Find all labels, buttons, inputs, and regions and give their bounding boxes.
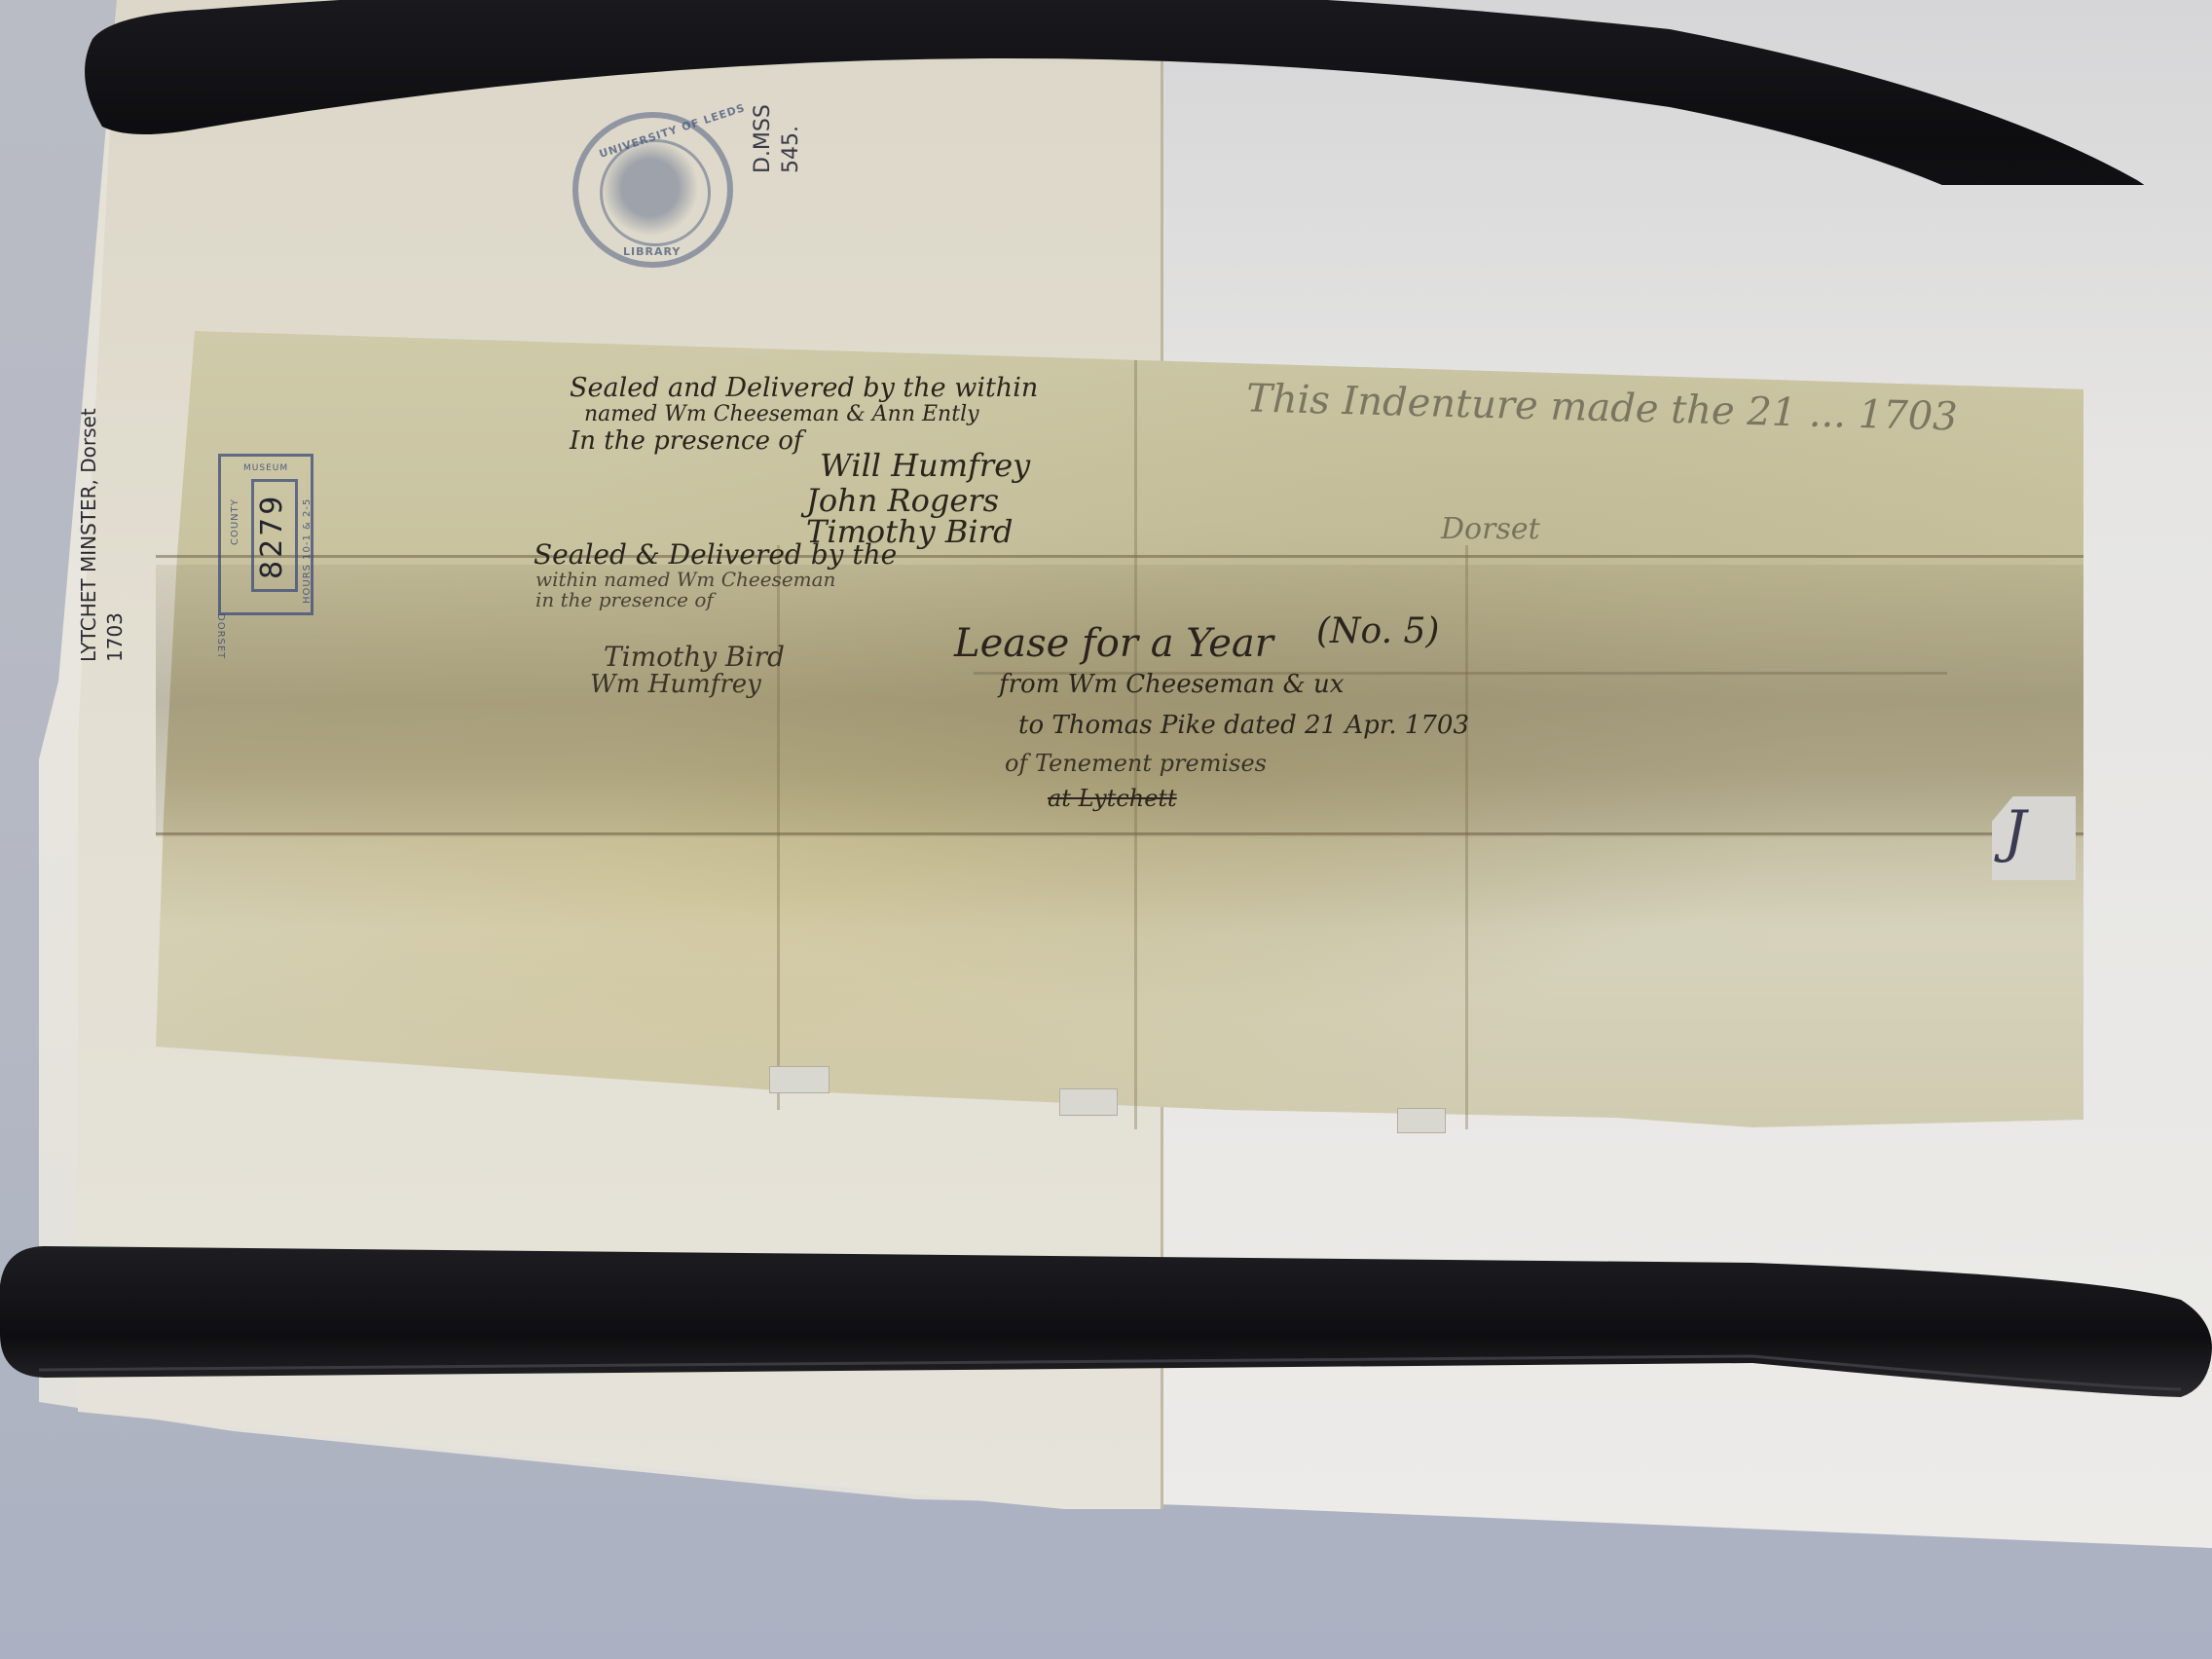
museum-number: 8279: [255, 494, 289, 579]
endorsement-line4: of Tenement premises: [1005, 752, 1267, 776]
repair-tab: [1059, 1088, 1118, 1116]
witness-signature: Timothy Bird: [604, 643, 785, 671]
witness-block-1-line2: named Wm Cheeseman & Ann Ently: [584, 403, 979, 425]
endorsement-line2: from Wm Cheeseman & ux: [999, 672, 1344, 698]
repair-tab: [1397, 1108, 1446, 1133]
side-catalogue-label: LYTCHET MINSTER, Dorset 1703: [76, 408, 129, 662]
fold-line: [1465, 545, 1468, 1129]
witness-block-2-line2: within named Wm Cheeseman: [535, 570, 835, 590]
fold-line: [156, 555, 2083, 558]
museum-stamp-top-text: MUSEUM: [243, 463, 288, 473]
witness-block-2-line1: Sealed & Delivered by the: [534, 540, 897, 569]
fold-line: [1134, 360, 1137, 1129]
witness-block-1-line1: Sealed and Delivered by the within: [570, 375, 1038, 402]
witness-signature: Wm Humfrey: [590, 672, 761, 698]
witness-block-1-line3: In the presence of: [570, 428, 803, 455]
museum-stamp-right-text: HOURS 10-1 & 2-5: [302, 498, 313, 604]
fold-line: [156, 832, 2083, 835]
endorsement-title: Lease for a Year: [954, 623, 1273, 664]
seal-mark: J: [2004, 798, 2026, 865]
library-stamp-bottom-text: LIBRARY: [623, 245, 681, 258]
endorsement-number: (No. 5): [1316, 613, 1439, 650]
museum-stamp-bottom-text: DORSET: [215, 613, 226, 659]
witness-block-2-line3: in the presence of: [535, 590, 714, 610]
faint-reverse-fragment: Dorset: [1441, 514, 1540, 545]
repair-tab: [769, 1066, 829, 1093]
bottom-weight-bar[interactable]: [0, 1241, 2212, 1407]
witness-signature: Will Humfrey: [820, 450, 1030, 483]
museum-stamp-left-text: COUNTY: [230, 498, 240, 545]
side-label-line2: 1703: [102, 408, 129, 662]
endorsement-line5: at Lytchett: [1048, 787, 1177, 811]
top-weight-bar[interactable]: [73, 0, 2212, 185]
endorsement-line3: to Thomas Pike dated 21 Apr. 1703: [1018, 713, 1469, 739]
fold-line: [777, 545, 780, 1110]
side-label-line1: LYTCHET MINSTER, Dorset: [76, 408, 102, 662]
